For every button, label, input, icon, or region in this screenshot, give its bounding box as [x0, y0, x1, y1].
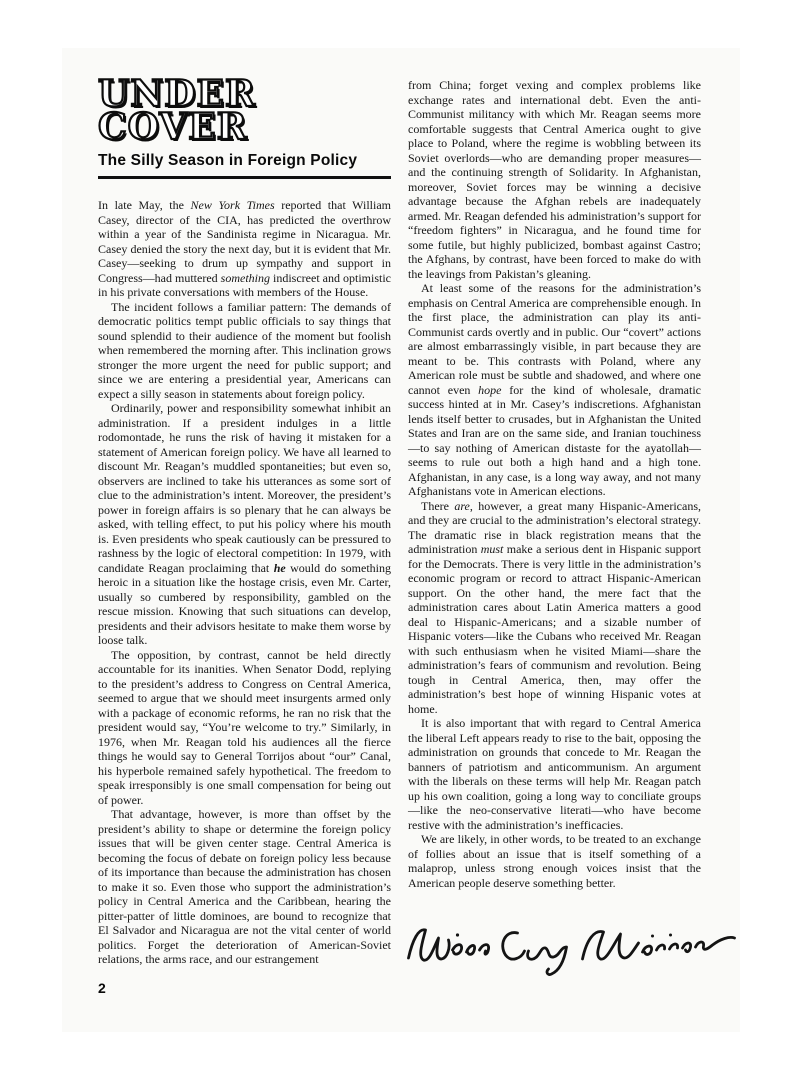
- header-rule: [98, 176, 391, 179]
- article-paragraph: We are likely, in other words, to be tre…: [408, 832, 701, 890]
- article-paragraph: Ordinarily, power and responsibility som…: [98, 401, 391, 648]
- article-paragraph: The opposition, by contrast, cannot be h…: [98, 648, 391, 808]
- article-paragraph: There are, however, a great many Hispani…: [408, 499, 701, 717]
- article-header: UNDER COVER The Silly Season in Foreign …: [98, 78, 391, 179]
- magazine-page: UNDER COVER The Silly Season in Foreign …: [62, 48, 740, 1032]
- page-number: 2: [98, 980, 106, 996]
- article-paragraph: In late May, the New York Times reported…: [98, 198, 391, 300]
- column-1-text: In late May, the New York Times reported…: [98, 198, 391, 967]
- article-title-line-2: COVER: [98, 111, 391, 144]
- article-paragraph: from China; forget vexing and complex pr…: [408, 78, 701, 281]
- left-column: UNDER COVER The Silly Season in Foreign …: [98, 78, 391, 967]
- author-signature-handwriting: [400, 906, 740, 984]
- article-paragraph: It is also important that with regard to…: [408, 716, 701, 832]
- article-paragraph: That advantage, however, is more than of…: [98, 807, 391, 967]
- right-column: from China; forget vexing and complex pr…: [408, 78, 701, 984]
- article-subtitle: The Silly Season in Foreign Policy: [98, 152, 391, 170]
- column-2-text: from China; forget vexing and complex pr…: [408, 78, 701, 890]
- article-paragraph: At least some of the reasons for the adm…: [408, 281, 701, 499]
- article-paragraph: The incident follows a familiar pattern:…: [98, 300, 391, 402]
